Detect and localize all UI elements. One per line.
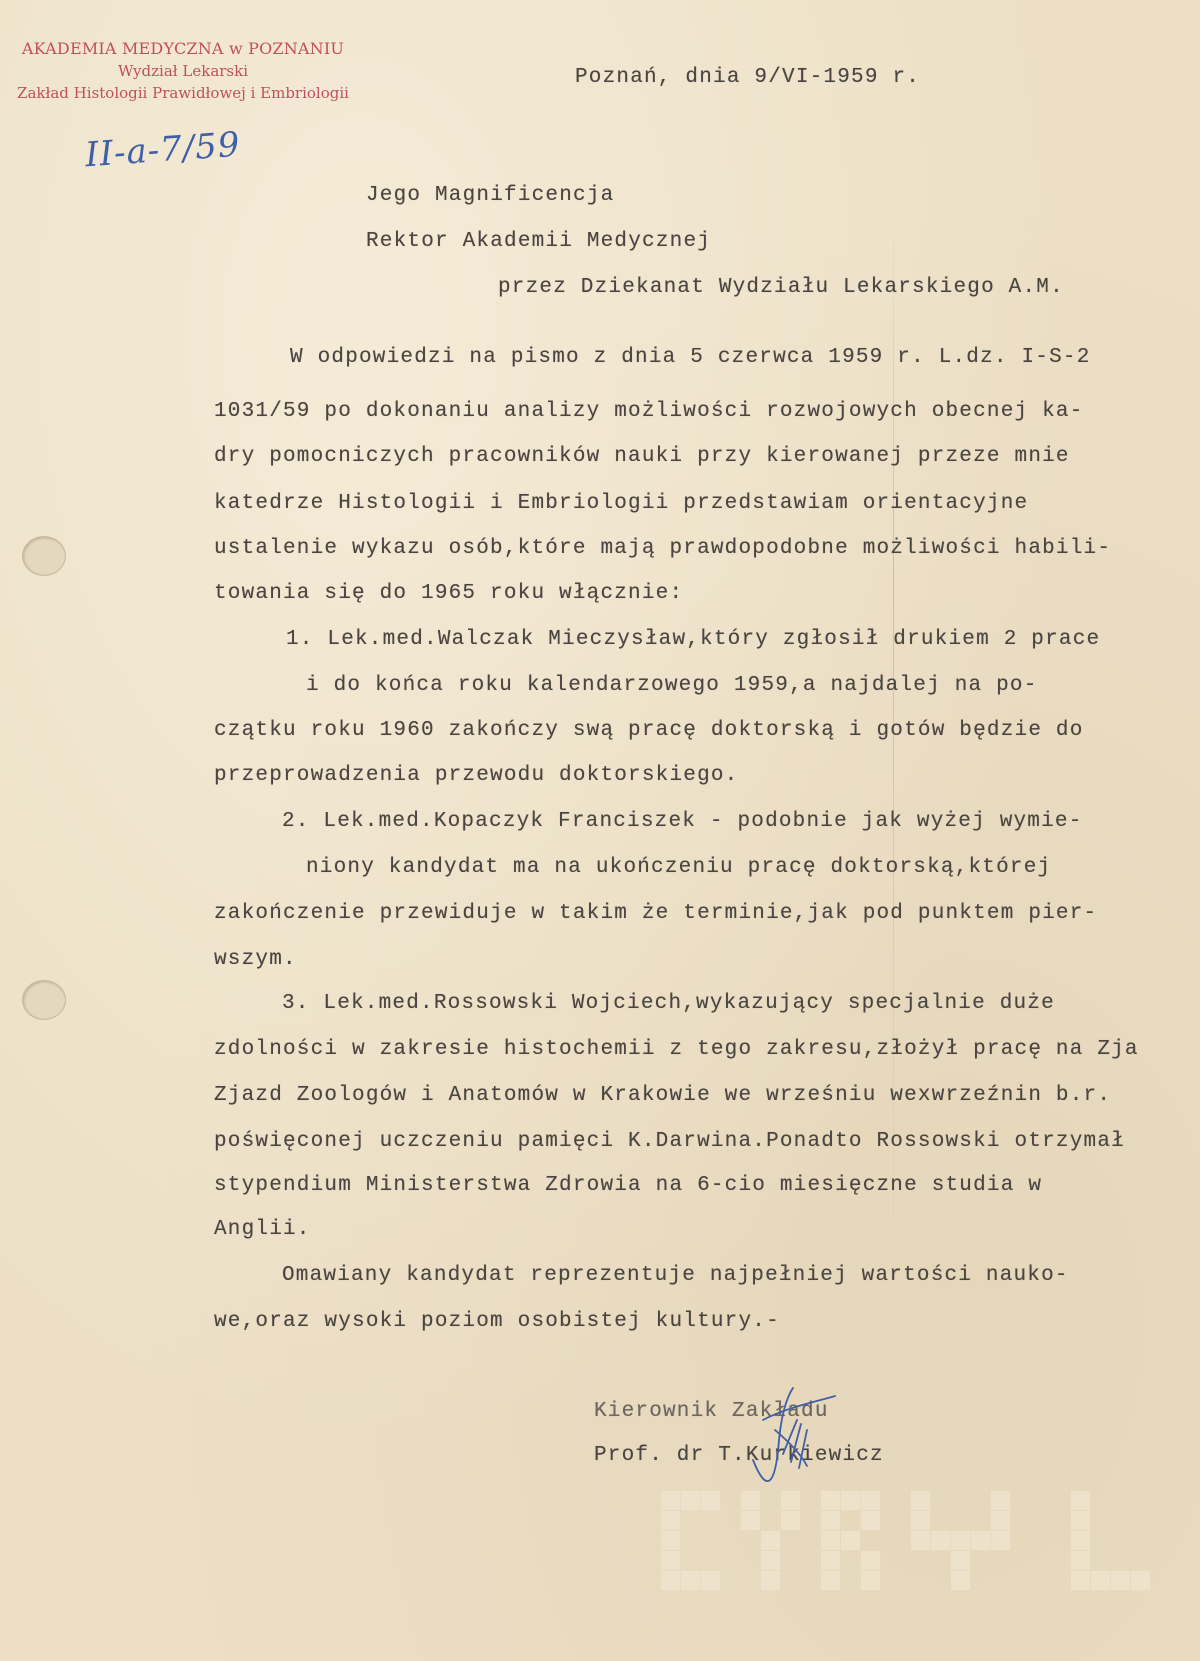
stamp-academy: AKADEMIA MEDYCZNA w POZNANIU [8, 38, 358, 60]
text-line: stypendium Ministerstwa Zdrowia na 6-cio… [214, 1174, 1042, 1197]
addressee-line-2: Rektor Akademii Medycznej [366, 230, 711, 253]
text-line: 2. Lek.med.Kopaczyk Franciszek - podobni… [282, 810, 1083, 833]
letter-page: AKADEMIA MEDYCZNA w POZNANIU Wydział Lek… [0, 0, 1200, 1661]
cyryl-watermark [660, 1490, 1180, 1610]
text-line: czątku roku 1960 zakończy swą pracę dokt… [214, 719, 1084, 742]
text-line: i do końca roku kalendarzowego 1959,a na… [306, 674, 1038, 697]
text-line: we,oraz wysoki poziom osobistej kultury.… [214, 1310, 780, 1333]
text-line: W odpowiedzi na pismo z dnia 5 czerwca 1… [290, 346, 1091, 369]
institution-stamp: AKADEMIA MEDYCZNA w POZNANIU Wydział Lek… [8, 38, 358, 104]
punch-hole [22, 980, 66, 1020]
text-line: niony kandydat ma na ukończeniu pracę do… [306, 856, 1051, 879]
text-line: dry pomocniczych pracowników nauki przy … [214, 445, 1070, 468]
text-line: 3. Lek.med.Rossowski Wojciech,wykazujący… [282, 992, 1055, 1015]
text-line: towania się do 1965 roku włącznie: [214, 582, 683, 605]
stamp-department: Zakład Histologii Prawidłowej i Embriolo… [8, 82, 358, 104]
text-line: przeprowadzenia przewodu doktorskiego. [214, 764, 738, 787]
place-date: Poznań, dnia 9/VI-1959 r. [575, 66, 920, 89]
text-line: zdolności w zakresie histochemii z tego … [214, 1038, 1139, 1061]
stamp-faculty: Wydział Lekarski [8, 60, 358, 82]
handwritten-signature [745, 1380, 855, 1500]
text-line: katedrze Histologii i Embriologii przeds… [214, 492, 1028, 515]
addressee-line-3: przez Dziekanat Wydziału Lekarskiego A.M… [498, 276, 1064, 299]
text-line: ustalenie wykazu osób,które mają prawdop… [214, 537, 1111, 560]
text-line: 1031/59 po dokonaniu analizy możliwości … [214, 400, 1084, 423]
text-line: poświęconej uczczeniu pamięci K.Darwina.… [214, 1130, 1125, 1153]
text-line: zakończenie przewiduje w takim że termin… [214, 902, 1097, 925]
text-line: Omawiany kandydat reprezentuje najpełnie… [282, 1264, 1069, 1287]
text-line: Zjazd Zoologów i Anatomów w Krakowie we … [214, 1084, 1111, 1107]
text-line: wszym. [214, 948, 297, 971]
reference-number: II-a-7/59 [84, 125, 242, 176]
punch-hole [22, 536, 66, 576]
addressee-line-1: Jego Magnificencja [366, 184, 614, 207]
text-line: 1. Lek.med.Walczak Mieczysław,który zgło… [286, 628, 1100, 651]
text-line: Anglii. [214, 1218, 311, 1241]
